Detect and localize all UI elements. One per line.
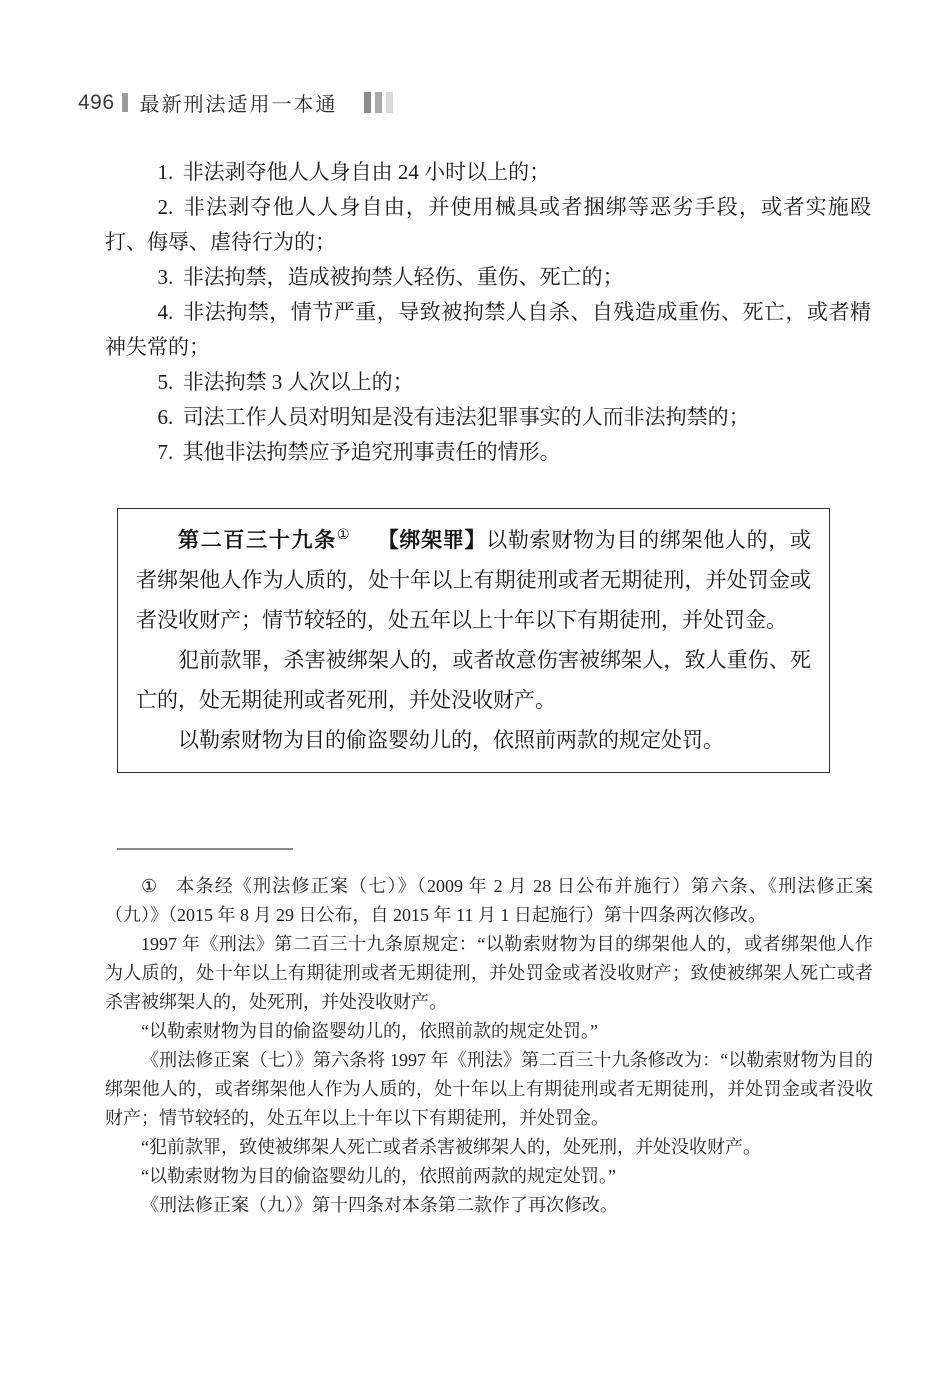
list-item: 4.非法拘禁，情节严重，导致被拘禁人自杀、自残造成重伤、死亡，或者精神失常的； — [105, 295, 871, 365]
list-item-text: 非法拘禁 3 人次以上的； — [183, 370, 414, 394]
article-number: 第二百三十九条 — [178, 529, 337, 552]
footnote-paragraph-4: 《刑法修正案（七）》第六条将 1997 年《刑法》第二百三十九条修改为：“以勒索… — [105, 1046, 873, 1133]
footnote-paragraph-7: 《刑法修正案（九）》第十四条对本条第二款作了再次修改。 — [105, 1191, 873, 1220]
footnote-paragraph-5: “犯前款罪，致使被绑架人死亡或者杀害被绑架人的，处死刑，并处没收财产。 — [105, 1133, 873, 1162]
footnote-reference-mark: ① — [337, 527, 351, 543]
list-item-number: 3. — [158, 265, 174, 289]
list-item-number: 5. — [158, 370, 174, 394]
deco-bar-dark — [364, 92, 371, 113]
crime-name-label: 【绑架罪】 — [378, 529, 487, 552]
list-item: 1.非法剥夺他人人身自由 24 小时以上的； — [105, 155, 871, 190]
list-item: 7.其他非法拘禁应予追究刑事责任的情形。 — [105, 435, 871, 470]
book-page: 496 最新刑法适用一本通 1.非法剥夺他人人身自由 24 小时以上的； 2.非… — [0, 0, 952, 1376]
list-item: 5.非法拘禁 3 人次以上的； — [105, 365, 871, 400]
footnote-marker: ① — [141, 876, 158, 896]
header-separator-bar — [122, 93, 128, 112]
deco-bar-light — [386, 92, 393, 113]
header-decoration-bars — [364, 92, 393, 113]
list-item-text: 非法剥夺他人人身自由，并使用械具或者捆绑等恶劣手段，或者实施殴打、侮辱、虐待行为… — [105, 195, 871, 254]
footnote-paragraph-1-text: 本条经《刑法修正案（七）》（2009 年 2 月 28 日公布并施行）第六条、《… — [105, 876, 873, 925]
footnote-divider-rule — [117, 848, 293, 850]
article-paragraph-2: 犯前款罪，杀害被绑架人的，或者故意伤害被绑架人，致人重伤、死亡的，处无期徒刑或者… — [136, 641, 811, 721]
list-item-text: 非法剥夺他人人身自由 24 小时以上的； — [183, 160, 551, 184]
list-item-text: 非法拘禁，情节严重，导致被拘禁人自杀、自残造成重伤、死亡，或者精神失常的； — [105, 300, 871, 359]
footnote-paragraph-6: “以勒索财物为目的偷盗婴幼儿的，依照前两款的规定处罚。” — [105, 1162, 873, 1191]
running-header: 496 最新刑法适用一本通 — [78, 88, 393, 117]
list-item-text: 其他非法拘禁应予追究刑事责任的情形。 — [183, 440, 561, 464]
book-title: 最新刑法适用一本通 — [140, 88, 338, 117]
list-item: 6.司法工作人员对明知是没有违法犯罪事实的人而非法拘禁的； — [105, 400, 871, 435]
list-item-text: 司法工作人员对明知是没有违法犯罪事实的人而非法拘禁的； — [183, 405, 750, 429]
list-item-number: 6. — [158, 405, 174, 429]
article-paragraph-3: 以勒索财物为目的偷盗婴幼儿的，依照前两款的规定处罚。 — [136, 721, 811, 761]
statute-article-box: 第二百三十九条①【绑架罪】以勒索财物为目的绑架他人的，或者绑架他人作为人质的，处… — [117, 508, 830, 773]
list-item-number: 1. — [158, 160, 174, 184]
list-item-text: 非法拘禁，造成被拘禁人轻伤、重伤、死亡的； — [183, 265, 624, 289]
list-item-number: 2. — [158, 195, 174, 219]
page-number: 496 — [78, 91, 115, 115]
list-item-number: 7. — [158, 440, 174, 464]
footnote-block: ①本条经《刑法修正案（七）》（2009 年 2 月 28 日公布并施行）第六条、… — [105, 872, 873, 1220]
article-paragraph-1: 第二百三十九条①【绑架罪】以勒索财物为目的绑架他人的，或者绑架他人作为人质的，处… — [136, 521, 811, 641]
footnote-paragraph-2: 1997 年《刑法》第二百三十九条原规定：“以勒索财物为目的绑架他人的，或者绑架… — [105, 930, 873, 1017]
list-item: 3.非法拘禁，造成被拘禁人轻伤、重伤、死亡的； — [105, 260, 871, 295]
footnote-paragraph-1: ①本条经《刑法修正案（七）》（2009 年 2 月 28 日公布并施行）第六条、… — [105, 872, 873, 930]
list-item: 2.非法剥夺他人人身自由，并使用械具或者捆绑等恶劣手段，或者实施殴打、侮辱、虐待… — [105, 190, 871, 260]
list-item-number: 4. — [158, 300, 174, 324]
criteria-list: 1.非法剥夺他人人身自由 24 小时以上的； 2.非法剥夺他人人身自由，并使用械… — [105, 155, 871, 470]
footnote-paragraph-3: “以勒索财物为目的偷盗婴幼儿的，依照前款的规定处罚。” — [105, 1017, 873, 1046]
deco-bar-mid — [375, 92, 382, 113]
